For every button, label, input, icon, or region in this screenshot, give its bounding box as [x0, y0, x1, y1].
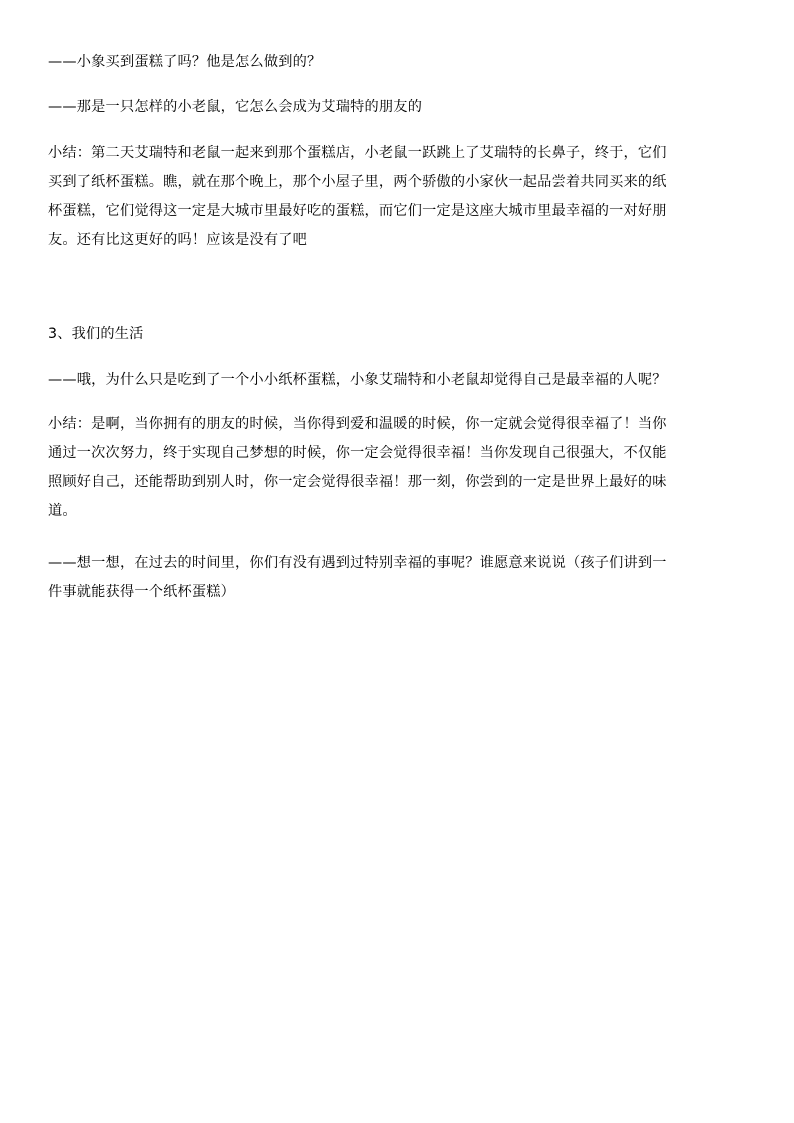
- question-line: ——想一想，在过去的时间里，你们有没有遇到过特别幸福的事呢？谁愿意来说说（孩子们…: [48, 553, 667, 573]
- document-page: ——小象买到蛋糕了吗？他是怎么做到的？ ——那是一只怎样的小老鼠，它怎么会成为艾…: [0, 0, 794, 1123]
- summary-line: 照顾好自己，还能帮助到别人时，你一定会觉得很幸福！那一刻，你尝到的一定是世界上最…: [48, 472, 667, 492]
- summary-line: 小结：第二天艾瑞特和老鼠一起来到那个蛋糕店，小老鼠一跃跳上了艾瑞特的长鼻子，终于…: [48, 143, 667, 163]
- question-line: ——小象买到蛋糕了吗？他是怎么做到的？: [48, 52, 321, 72]
- summary-line: 友。还有比这更好的吗！应该是没有了吧: [48, 230, 307, 250]
- summary-line: 小结：是啊，当你拥有的朋友的时候，当你得到爱和温暖的时候，你一定就会觉得很幸福了…: [48, 414, 667, 434]
- summary-line: 通过一次次努力，终于实现自己梦想的时候，你一定会觉得很幸福！当你发现自己很强大，…: [48, 443, 667, 463]
- summary-line: 杯蛋糕，它们觉得这一定是大城市里最好吃的蛋糕，而它们一定是这座大城市里最幸福的一…: [48, 201, 667, 221]
- question-line: ——那是一只怎样的小老鼠，它怎么会成为艾瑞特的朋友的: [48, 97, 422, 117]
- summary-line: 道。: [48, 501, 77, 521]
- question-line: 件事就能获得一个纸杯蛋糕）: [48, 582, 235, 602]
- section-heading: 3、我们的生活: [48, 324, 144, 344]
- question-line: ——哦，为什么只是吃到了一个小小纸杯蛋糕，小象艾瑞特和小老鼠却觉得自己是最幸福的…: [48, 370, 667, 390]
- summary-line: 买到了纸杯蛋糕。瞧，就在那个晚上，那个小屋子里，两个骄傲的小家伙一起品尝着共同买…: [48, 172, 667, 192]
